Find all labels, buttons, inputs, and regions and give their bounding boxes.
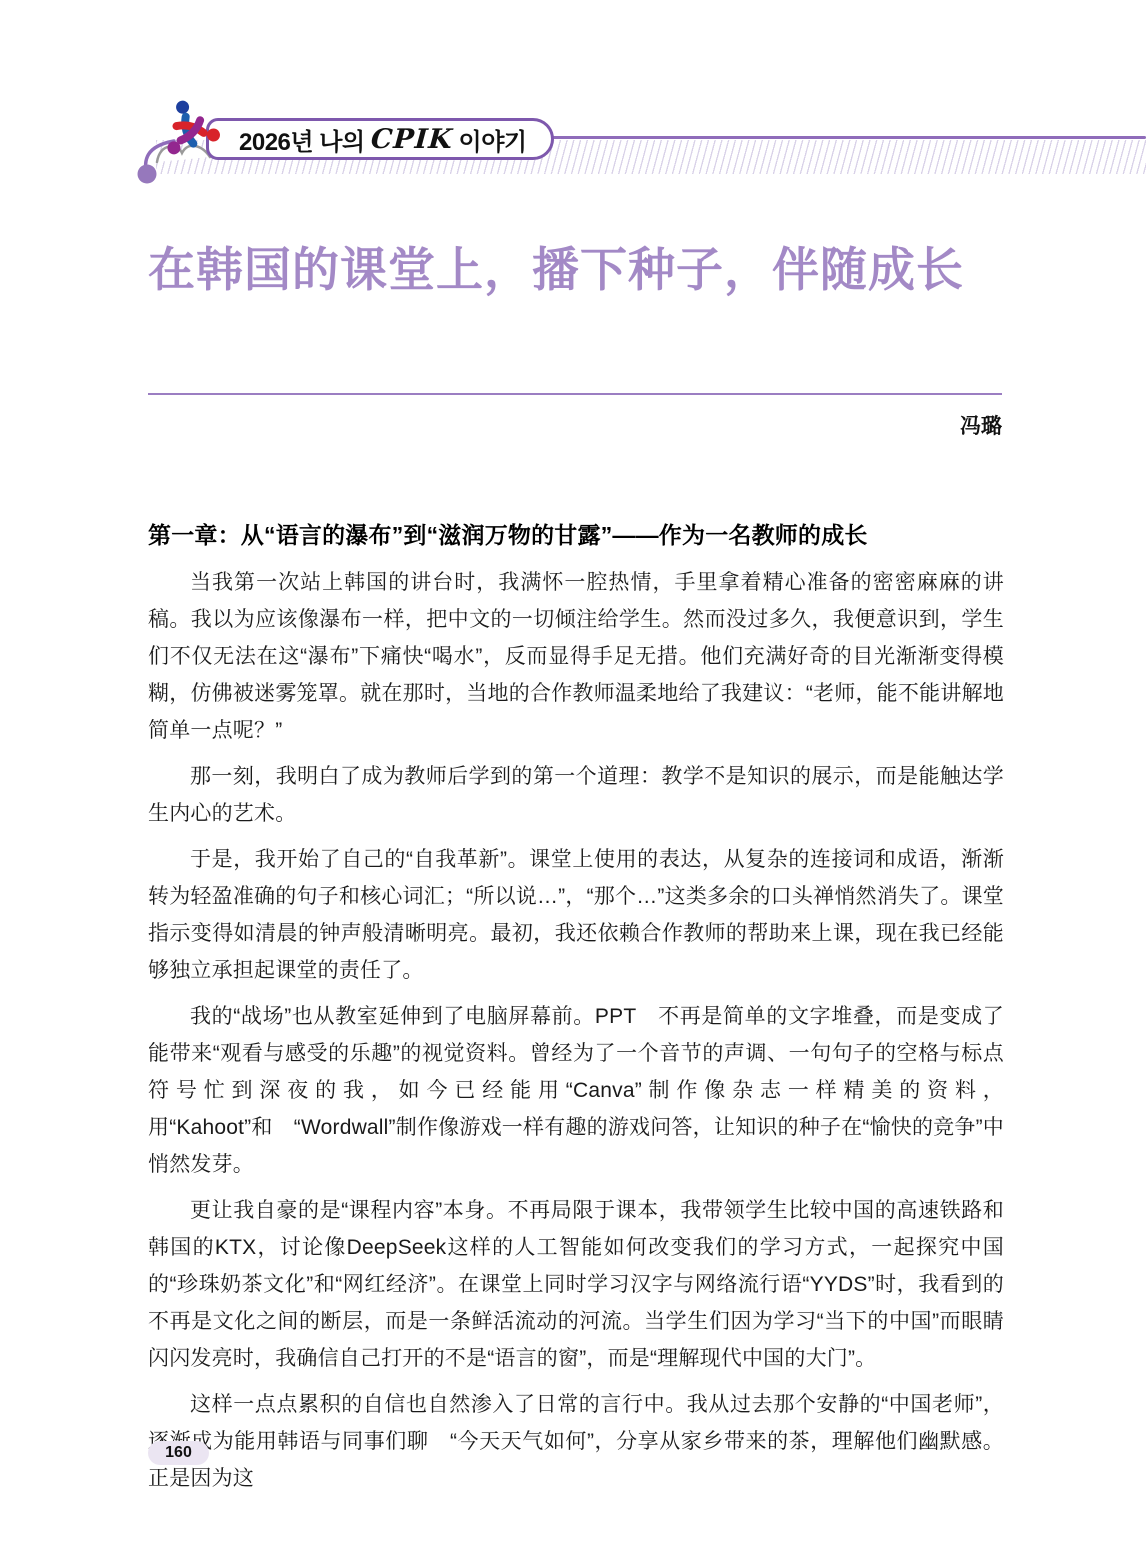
page-number-badge: 160 (148, 1441, 209, 1465)
paragraph: 于是，我开始了自己的“自我革新”。课堂上使用的表达，从复杂的连接词和成语，渐渐转… (148, 841, 1004, 989)
section-heading: 第一章：从“语言的瀑布”到“滋润万物的甘露”——作为一名教师的成长 (148, 517, 1018, 550)
title-divider-line (148, 393, 1002, 395)
badge-suffix-label: 이야기 (459, 122, 527, 157)
cpik-logo-icon (152, 94, 228, 168)
article-body: 当我第一次站上韩国的讲台时，我满怀一腔热情，手里拿着精心准备的密密麻麻的讲稿。我… (148, 564, 1004, 1506)
badge-brand-label: CPIK (370, 124, 454, 155)
badge-prefix-label: 2026년 나의 (239, 122, 365, 157)
author-name: 冯璐 (148, 410, 1002, 440)
paragraph: 更让我自豪的是“课程内容”本身。不再局限于课本，我带领学生比较中国的高速铁路和韩… (148, 1192, 1004, 1377)
paragraph: 当我第一次站上韩国的讲台时，我满怀一腔热情，手里拿着精心准备的密密麻麻的讲稿。我… (148, 564, 1004, 749)
paragraph: 我的“战场”也从教室延伸到了电脑屏幕前。PPT 不再是简单的文字堆叠，而是变成了… (148, 998, 1004, 1183)
paragraph: 那一刻，我明白了成为教师后学到的第一个道理：教学不是知识的展示，而是能触达学生内… (148, 758, 1004, 832)
article-title: 在韩国的课堂上，播下种子，伴随成长 (148, 240, 1008, 300)
series-badge: 2026년 나의 CPIK 이야기 (206, 118, 554, 160)
paragraph: 这样一点点累积的自信也自然渗入了日常的言行中。我从过去那个安静的“中国老师”，逐… (148, 1386, 1004, 1497)
